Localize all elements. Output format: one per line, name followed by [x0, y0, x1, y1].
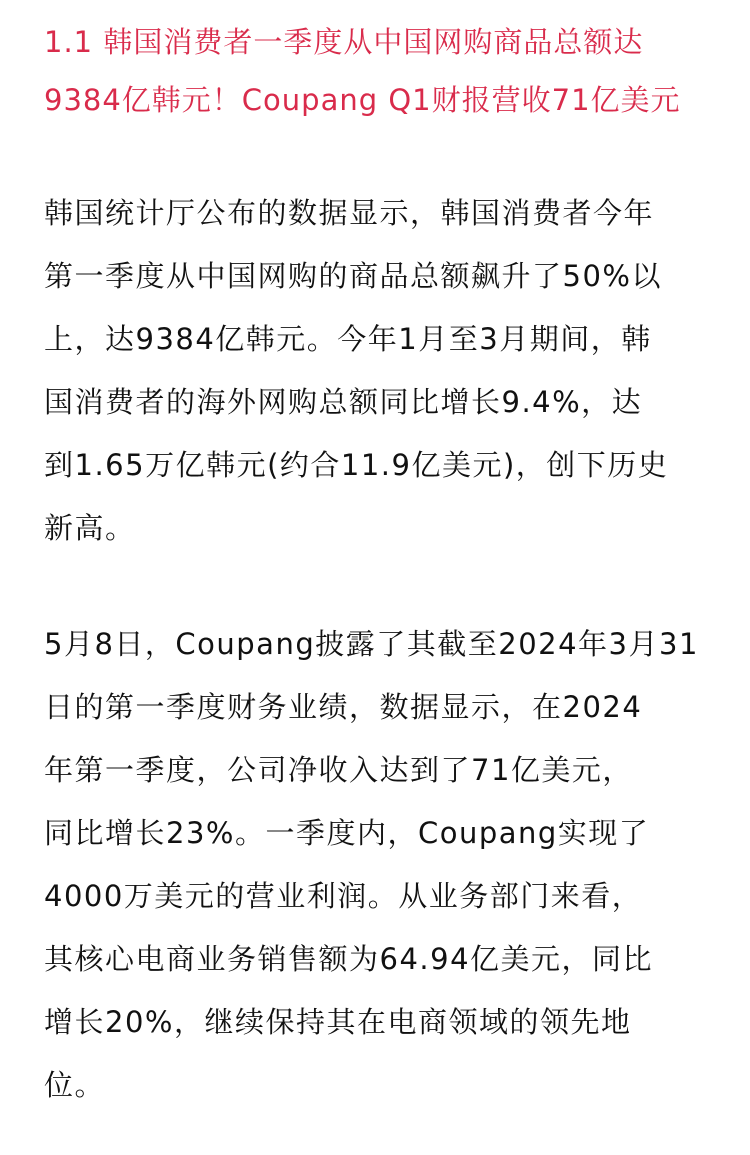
article: 1.1 韩国消费者一季度从中国网购商品总额达 9384亿韩元！Coupang Q…	[44, 0, 716, 129]
paragraph-line: 位。	[44, 1054, 699, 1117]
paragraph-line: 第一季度从中国网购的商品总额飙升了50%以	[44, 245, 668, 308]
title-line: 1.1 韩国消费者一季度从中国网购商品总额达	[44, 13, 716, 71]
paragraph-line: 同比增长23%。一季度内，Coupang实现了	[44, 802, 699, 865]
paragraph-line: 新高。	[44, 497, 668, 560]
paragraph-line: 5月8日，Coupang披露了其截至2024年3月31	[44, 613, 699, 676]
paragraph-line: 国消费者的海外网购总额同比增长9.4%，达	[44, 371, 668, 434]
article-title: 1.1 韩国消费者一季度从中国网购商品总额达 9384亿韩元！Coupang Q…	[44, 0, 716, 129]
paragraph-line: 上，达9384亿韩元。今年1月至3月期间，韩	[44, 308, 668, 371]
paragraph-line: 4000万美元的营业利润。从业务部门来看，	[44, 865, 699, 928]
paragraph-line: 增长20%，继续保持其在电商领域的领先地	[44, 991, 699, 1054]
paragraph-korea-statistics: 韩国统计厅公布的数据显示，韩国消费者今年 第一季度从中国网购的商品总额飙升了50…	[44, 182, 668, 560]
paragraph-line: 日的第一季度财务业绩，数据显示，在2024	[44, 676, 699, 739]
paragraph-line: 到1.65万亿韩元(约合11.9亿美元)，创下历史	[44, 434, 668, 497]
paragraph-coupang-q1: 5月8日，Coupang披露了其截至2024年3月31 日的第一季度财务业绩，数…	[44, 613, 699, 1117]
paragraph-line: 年第一季度，公司净收入达到了71亿美元，	[44, 739, 699, 802]
paragraph-line: 韩国统计厅公布的数据显示，韩国消费者今年	[44, 182, 668, 245]
paragraph-line: 其核心电商业务销售额为64.94亿美元，同比	[44, 928, 699, 991]
title-line: 9384亿韩元！Coupang Q1财报营收71亿美元	[44, 71, 716, 129]
